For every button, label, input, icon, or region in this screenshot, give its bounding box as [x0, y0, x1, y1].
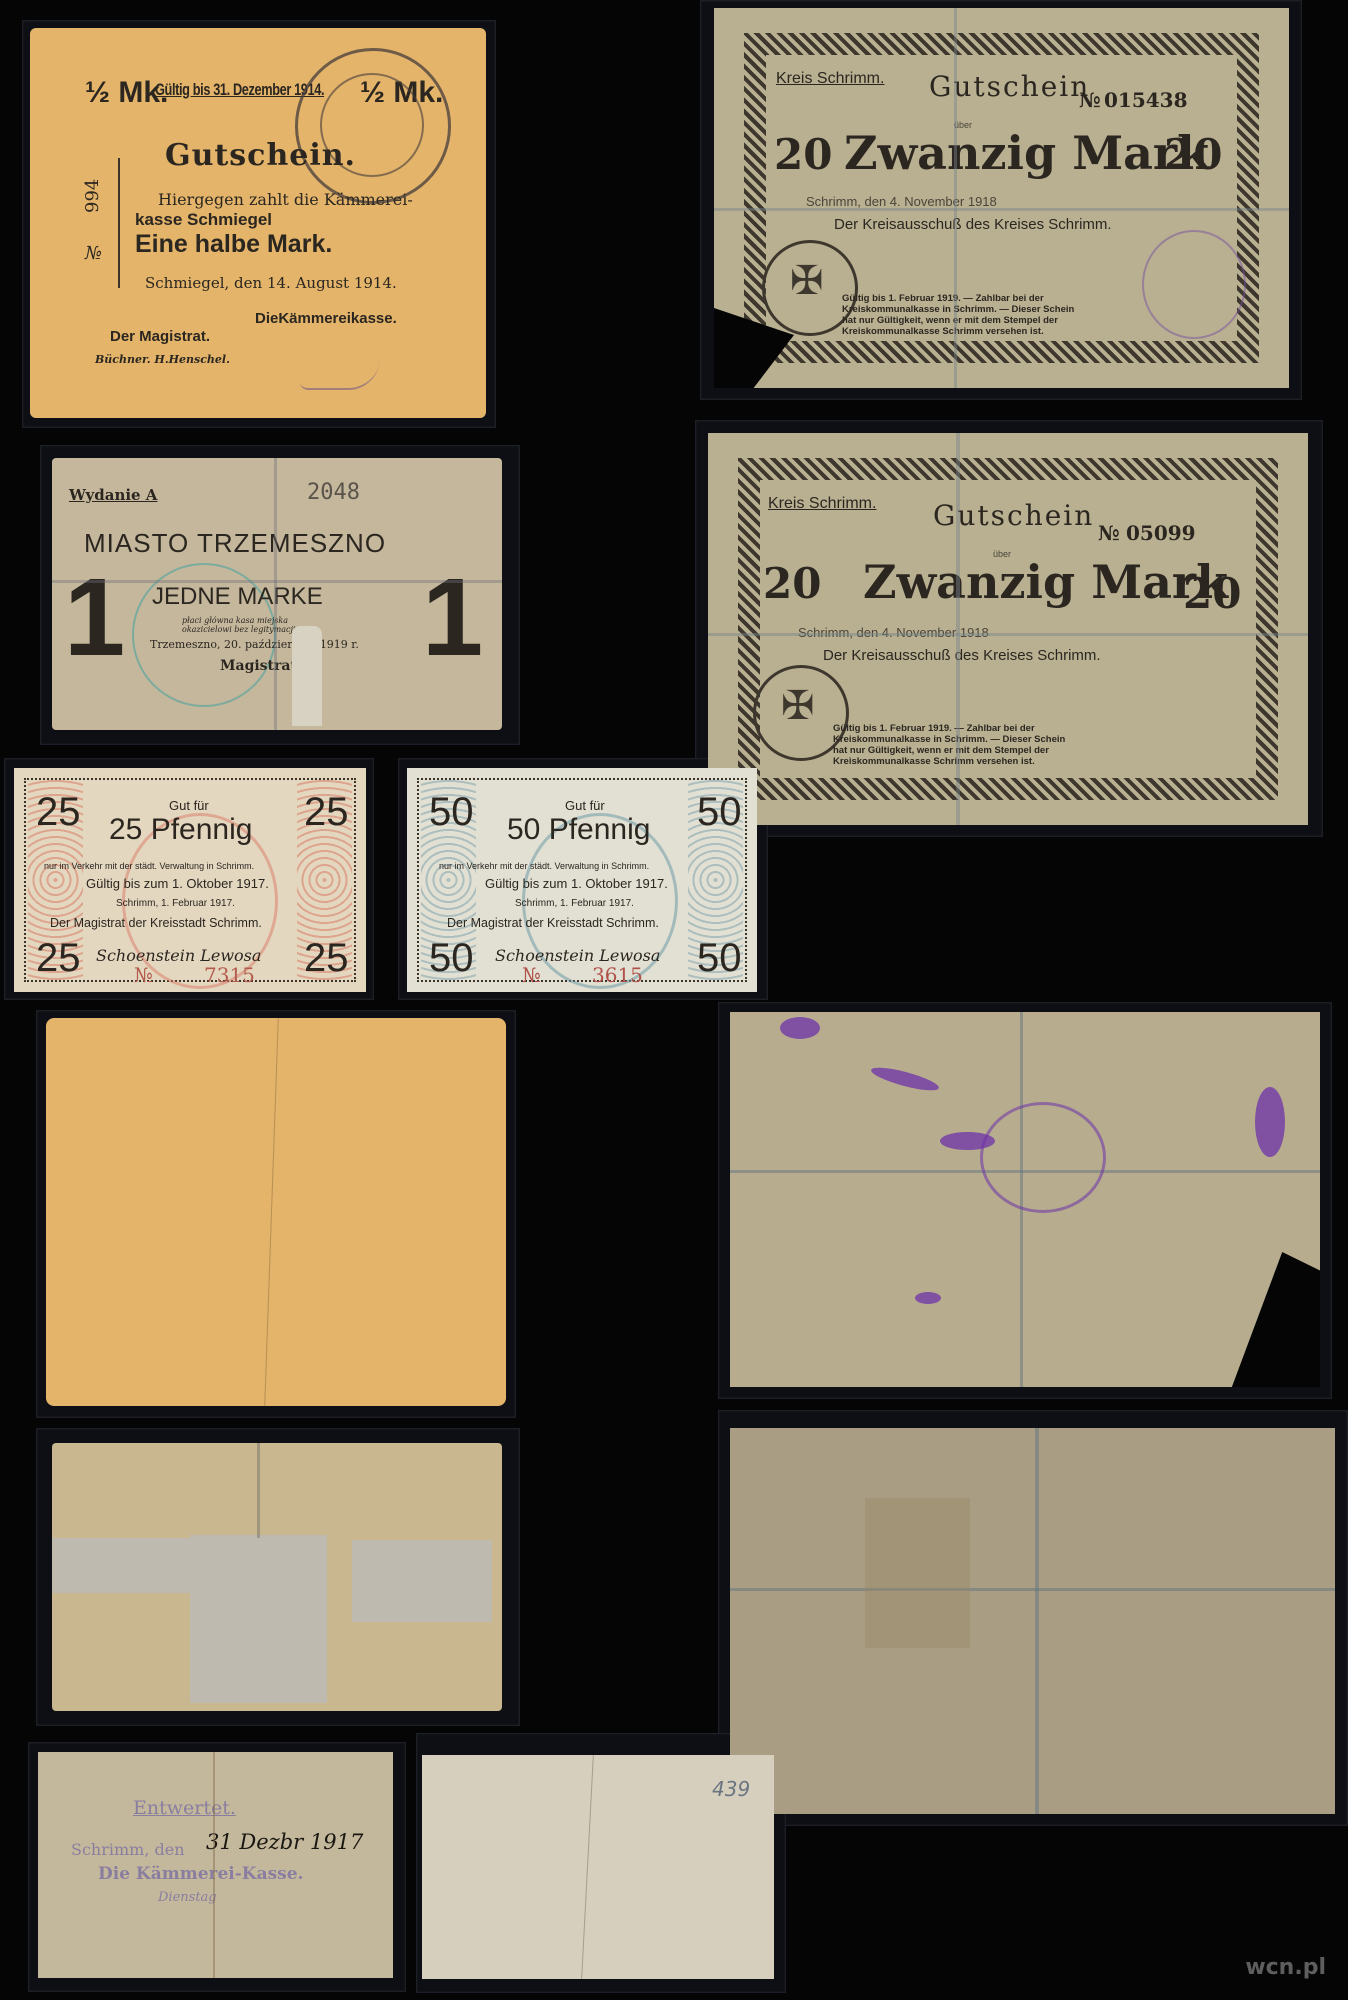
handwritten-date: 31 Dezbr 1917 [206, 1830, 363, 1854]
validity-text: Gültig bis zum 1. Oktober 1917. [485, 876, 668, 891]
note-amount: Eine halbe Mark. [135, 230, 332, 259]
note-schrimm-50-pfennig-front[interactable]: 50 50 50 50 Gut für 50 Pfennig nur im Ve… [407, 768, 757, 992]
small-line: płaci główna kasa miejska [182, 616, 296, 625]
fold-line [257, 1443, 260, 1538]
value-left: 20 [763, 559, 821, 608]
city-title: MIASTO TRZEMESZNO [84, 528, 386, 559]
serial-prefix: № [522, 963, 541, 987]
signature-mark [300, 358, 380, 390]
value-top-left: 50 [429, 790, 474, 835]
watermark-logo: wcn.pl [1245, 1955, 1326, 1980]
fold-line [708, 633, 1308, 636]
district-label: Kreis Schrimm. [776, 70, 884, 88]
place-date: Schrimm, den 4. November 1918 [806, 194, 997, 209]
signatories: Büchner. H.Henschel. [95, 353, 230, 366]
good-for-label: Gut für [565, 798, 605, 813]
note-schrimm-20-mark-back-2[interactable] [730, 1428, 1335, 1814]
fold-line [52, 580, 502, 583]
note-schrimm-25-pfennig-back[interactable]: Entwertet. Schrimm, den 31 Dezbr 1917 Di… [38, 1752, 393, 1978]
ink-stain [1255, 1087, 1285, 1157]
validity-text: Gültig bis zum 1. Oktober 1917. [86, 876, 269, 891]
cancelled-stamp-place: Schrimm, den [71, 1840, 185, 1859]
place-date: Schrimm, 1. Februar 1917. [515, 898, 634, 909]
cancelled-stamp-office: Die Kämmerei-Kasse. [98, 1864, 303, 1884]
fine-print: Gültig bis 1. Februar 1919. — Zahlbar be… [842, 293, 1074, 337]
note-schrimm-50-pfennig-back[interactable]: 439 [422, 1755, 774, 1979]
value-bottom-right: 25 [304, 936, 349, 981]
note-schmiegel-half-mark-back[interactable] [46, 1018, 506, 1406]
serial-number: 2048 [307, 480, 360, 505]
text-line: nur im Verkehr mit der städt. Verwaltung… [439, 861, 649, 871]
note-trzemeszno-1-marke-front[interactable]: Wydanie A 2048 MIASTO TRZEMESZNO 1 JEDNE… [52, 458, 502, 730]
magistrate-stamp-icon [295, 48, 451, 204]
pencil-note: 439 [712, 1777, 750, 1801]
fold-line [213, 1752, 215, 1978]
kasse-stamp-icon [980, 1102, 1106, 1213]
value-bottom-left: 25 [36, 936, 81, 981]
value-bottom-left: 50 [429, 936, 474, 981]
value-left: 1 [64, 568, 125, 668]
fold-line [730, 1588, 1335, 1591]
fold-line [954, 8, 957, 388]
tape-residue [865, 1498, 970, 1648]
serial-number: 3615 [592, 963, 643, 987]
fine-line: hat nur Gültigkeit, wenn er mit dem Stem… [842, 315, 1074, 326]
fold-line [1035, 1428, 1039, 1814]
note-trzemeszno-1-marke-back[interactable] [52, 1443, 502, 1711]
note-amount: Zwanzig Mark [844, 126, 1209, 180]
repair-tape [352, 1540, 492, 1622]
note-schmiegel-half-mark-front[interactable]: ½ Mk. Gültig bis 31. Dezember 1914. ½ Mk… [30, 28, 486, 418]
fold-line [581, 1755, 594, 1979]
issuer: Der Kreisausschuß des Kreises Schrimm. [823, 647, 1101, 664]
serial-number: 015438 [1104, 88, 1188, 112]
issuer-right: DieKämmereikasse. [255, 310, 397, 327]
value-top-right: 25 [304, 790, 349, 835]
serial-number: 05099 [1126, 521, 1196, 545]
note-schrimm-25-pfennig-front[interactable]: 25 25 25 25 Gut für 25 Pfennig nur im Ve… [14, 768, 366, 992]
fine-print: Gültig bis 1. Februar 1919. — Zahlbar be… [833, 723, 1065, 767]
value-right: 1 [422, 568, 483, 668]
issuer: Der Magistrat der Kreisstadt Schrimm. [50, 916, 262, 930]
ink-stain [869, 1063, 940, 1095]
issuer: Magistrat [220, 658, 297, 674]
issuer: Der Kreisausschuß des Kreises Schrimm. [834, 216, 1112, 233]
validity-text: Gültig bis 31. Dezember 1914. [155, 80, 324, 100]
torn-corner [1230, 1252, 1320, 1387]
fine-line: Kreiskommunalkasse in Schrimm. — Dieser … [842, 304, 1074, 315]
ink-stain [915, 1292, 941, 1304]
note-amount: Zwanzig Mark [863, 555, 1228, 609]
value-top-left: 25 [36, 790, 81, 835]
value-left: 20 [774, 130, 832, 179]
good-for-label: Gut für [169, 798, 209, 813]
serial-prefix: № [1098, 521, 1120, 545]
value-bottom-right: 50 [697, 936, 742, 981]
cancelled-stamp-title: Entwertet. [133, 1797, 236, 1819]
serial-prefix: № [85, 243, 102, 264]
value-right: 20 [1164, 130, 1222, 179]
small-print: płaci główna kasa miejska okazicielowi b… [182, 616, 296, 634]
serial-number: 7315 [204, 963, 255, 987]
cancelled-stamp-sign: Dienstag [158, 1890, 217, 1905]
paper-repair-patch [292, 626, 322, 726]
note-amount: JEDNE MARKE [152, 583, 323, 611]
fine-line: Kreiskommunalkasse Schrimm versehen ist. [842, 326, 1074, 337]
serial-value: 994 [82, 179, 103, 213]
note-amount: 50 Pfennig [507, 813, 650, 847]
repair-tape [190, 1535, 327, 1703]
value-top-right: 50 [697, 790, 742, 835]
purple-stamp-icon [1142, 230, 1246, 339]
fold-line [956, 433, 960, 825]
issuer-left: Der Magistrat. [110, 328, 210, 345]
note-schrimm-20-mark-front-1[interactable]: Kreis Schrimm. Gutschein № 015438 über 2… [714, 8, 1289, 388]
text-line: kasse Schmiegel [135, 210, 272, 230]
fold-line [274, 458, 277, 730]
note-schrimm-20-mark-front-2[interactable]: Kreis Schrimm. Gutschein № 05099 über 20… [708, 433, 1308, 825]
place-date: Trzemeszno, 20. października 1919 r. [150, 638, 359, 651]
fine-line: Kreiskommunalkasse Schrimm versehen ist. [833, 756, 1065, 767]
value-right: 20 [1183, 569, 1241, 618]
serial-prefix: № [134, 963, 153, 987]
note-schrimm-20-mark-back-1[interactable] [730, 1012, 1320, 1387]
district-label: Kreis Schrimm. [768, 495, 876, 513]
serial-divider [118, 158, 120, 288]
fold-line [714, 208, 1289, 211]
edition-label: Wydanie A [69, 486, 157, 504]
fine-line: Gültig bis 1. Februar 1919. — Zahlbar be… [842, 293, 1074, 304]
ink-stain [780, 1017, 820, 1039]
repair-tape [52, 1538, 192, 1593]
note-amount: 25 Pfennig [109, 813, 252, 847]
note-title: Gutschein. [165, 138, 356, 173]
place-date: Schrimm, 1. Februar 1917. [116, 898, 235, 909]
fine-line: Kreiskommunalkasse in Schrimm. — Dieser … [833, 734, 1065, 745]
fold-line [264, 1018, 279, 1406]
fine-line: hat nur Gültigkeit, wenn er mit dem Stem… [833, 745, 1065, 756]
fine-line: Gültig bis 1. Februar 1919. — Zahlbar be… [833, 723, 1065, 734]
small-line: okazicielowi bez legitymacji [182, 625, 296, 634]
serial-number: 994 [82, 158, 118, 288]
issuer: Der Magistrat der Kreisstadt Schrimm. [447, 916, 659, 930]
place-date: Schmiegel, den 14. August 1914. [145, 274, 397, 292]
text-line: nur im Verkehr mit der städt. Verwaltung… [44, 861, 254, 871]
text-line: Hiergegen zahlt die Kämmerei- [158, 190, 413, 209]
serial-prefix: № [1079, 88, 1101, 112]
